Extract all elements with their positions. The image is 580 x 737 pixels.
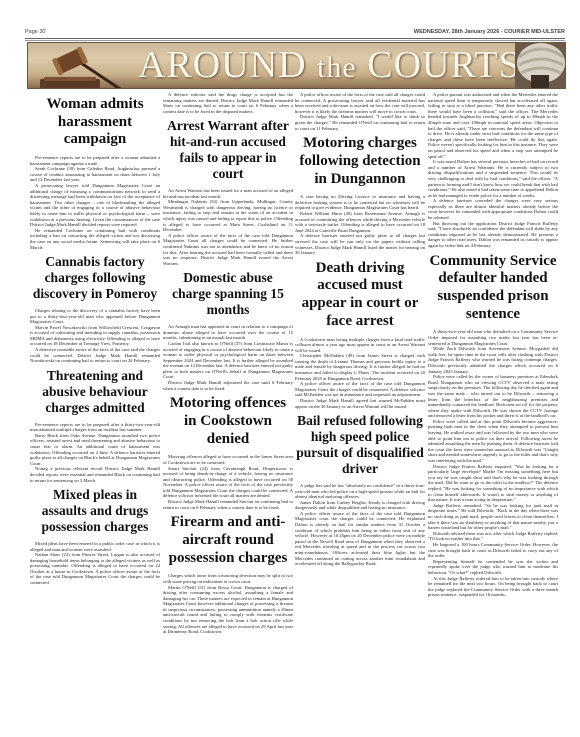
paragraph: Marcin Pawel Nowakowski from Willowfield… [30,325,160,347]
paragraph: District Judge Francis Rafferty enquired… [428,464,558,503]
headline: Mixed pleas in assaults and drugs posses… [30,487,160,535]
article-arrest-warrant-hit-and-run: Arrest Warrant after hit-and-run accused… [163,118,293,266]
paragraph-continued: A police officer aware of the facts of t… [295,92,425,114]
page-number: Page 30 [25,29,46,35]
article-motoring-cookstown: Motoring offences in Cookstown denied Mo… [163,395,293,510]
article-firearm-anti-aircraft: Firearm and anti-aircraft round possessi… [163,514,293,635]
column-1: Woman admits harassment campaign Pre-sen… [30,92,160,586]
paragraph: At this Judge Rafferty ordered him to be… [428,576,558,598]
headline: Threatening and abusive behaviour charge… [30,368,160,416]
column-3: A police officer aware of the facts of t… [295,92,425,567]
paragraph: District Judge Mark Hamill adjourned the… [163,380,293,391]
header-rule [25,38,565,39]
paragraph: Representing himself he contended he was… [428,559,558,576]
gavel-icon [38,47,128,89]
banner-title-word-2: the [317,51,357,84]
paragraph: Stuart Sinclair (24) from Cavanreagh Roa… [163,466,293,500]
paragraph: A police officer aware of the facts of t… [295,381,425,398]
article-motoring-dungannon: Motoring charges following detection in … [295,135,425,256]
paragraph: Sarah Cochrane (30) from Caledon Road, A… [30,166,160,183]
paragraph: District Judge Mark Hamill remanded Sinc… [163,499,293,510]
paragraph: Robert William Hurst (40) from Rosemount… [295,211,425,233]
section-banner: AROUND the COURTS [27,42,566,89]
paragraph: A thirty-two-year-old man who defaulted … [428,329,558,346]
column-4: A police pursuit was authorised and when… [428,92,558,598]
paragraph: Martin O'Neill (51) from Rossa Court, Du… [163,585,293,635]
paragraph: A police officer aware of the facts of t… [295,511,425,567]
paragraph: Dilworth advised there was not, after wh… [428,531,558,542]
paragraph: But throwing out the application Distric… [428,221,558,249]
paragraph: Barry Black from Oaks Avenue, Dungannon … [30,433,160,467]
paragraph: Charges relating to the discovery of a c… [30,308,160,325]
paragraph: Police were called and at this point Dil… [428,419,558,464]
paragraph: A judge has said he has "absolutely no c… [295,483,425,500]
paragraph: District Judge Mark Hamill remarked, "I … [295,114,425,131]
column-2: A defence solicitor said the drugs charg… [163,92,293,635]
paragraph: Pre-sentence reports are to be prepared … [30,422,160,433]
article-community-service-defaulter: Community Service defaulter handed suspe… [428,253,558,598]
headline: Firearm and anti-aircraft round possessi… [163,514,293,567]
banner-title: AROUND the COURTS [138,43,521,87]
paragraph: It was noted Dalton has several previous… [428,159,558,198]
paragraph: Charges which arose from a motoring dete… [163,573,293,584]
paragraph: A prosecuting lawyer told Dungannon Magi… [30,183,160,228]
dateline: WEDNESDAY, 28th January 2026 - COURIER M… [414,29,565,35]
article-threatening-behaviour: Threatening and abusive behaviour charge… [30,368,160,483]
paragraph: An Arrest Warrant has been issued for a … [163,188,293,199]
newspaper-page: Page 30 WEDNESDAY, 28th January 2026 - C… [0,0,580,737]
article-domestic-abuse: Domestic abuse charge spanning 15 months… [163,270,293,391]
paragraph: While Zach Dilworth from Stevensons Aven… [428,346,558,374]
paragraph: A defence barrister entered not guilty p… [295,233,425,255]
headline: Cannabis factory charges following disco… [30,254,160,302]
banner-title-word-1: AROUND [138,44,307,86]
header-rule-secondary [25,40,565,41]
judge-wig-icon [515,43,565,88]
paragraph: He remanded Cochrane on continuing bail … [30,228,160,250]
paragraph: He Imposed a 100 hours Community Service… [428,542,558,559]
paragraph: Judge Rafferty remarked, "So he was look… [428,503,558,531]
paragraph: Mixed pleas have been entered in a publi… [30,541,160,552]
paragraph: A case having no Driving Licence or insu… [295,194,425,211]
paragraph: District Judge Mark Hamill agreed but wa… [295,398,425,409]
article-mixed-pleas: Mixed pleas in assaults and drugs posses… [30,487,160,586]
paragraph: Police were called by the owner of busin… [428,374,558,419]
paragraph: Christopher McFadden (49) from James Str… [295,353,425,381]
paragraph: A detective constable aware of the facts… [30,347,160,364]
paragraph-continued: A defence solicitor said the drugs charg… [163,92,293,114]
headline: Motoring offences in Cookstown denied [163,395,293,448]
paragraph: James Dalton from Carbey Heights, Keady … [295,500,425,511]
paragraph: A defence barrister conceded the charges… [428,198,558,220]
headline: Motoring charges following detection in … [295,135,425,188]
headline: Woman admits harassment campaign [30,96,160,149]
article-woman-harassment: Woman admits harassment campaign Pre-sen… [30,96,160,250]
headline: Death driving accused must appear in cou… [295,260,425,331]
paragraph: Mindaugas Naktinis (33) from Upperlands,… [163,199,293,233]
paragraph: Nathan Shaw (23) from Princes Street, Lu… [30,552,160,586]
paragraph: Noting a previous relevant record Distri… [30,466,160,483]
headline: Bail refused following high speed police… [295,413,425,477]
headline: Domestic abuse charge spanning 15 months [163,270,293,318]
paragraph: An Armagh man has appeared in court in r… [163,324,293,341]
paragraph: A Cookstown man facing multiple charges … [295,337,425,354]
paragraph: Caolan Toal also known as O'Neill (37) f… [163,341,293,380]
article-cannabis-factory: Cannabis factory charges following disco… [30,254,160,364]
paragraph: Pre-sentence reports are to be prepared … [30,155,160,166]
page-header-line: Page 30 WEDNESDAY, 28th January 2026 - C… [25,28,565,37]
article-death-driving: Death driving accused must appear in cou… [295,260,425,409]
paragraph-continued: A police pursuit was authorised and when… [428,92,558,159]
headline: Arrest Warrant after hit-and-run accused… [163,118,293,182]
article-bail-refused-pursuit: Bail refused following high speed police… [295,413,425,567]
banner-title-word-3: COURTS [367,44,521,86]
paragraph: A police officer aware of the facts of t… [163,233,293,267]
headline: Community Service defaulter handed suspe… [428,253,558,324]
paragraph: Motoring offences alleged to have occurr… [163,454,293,465]
